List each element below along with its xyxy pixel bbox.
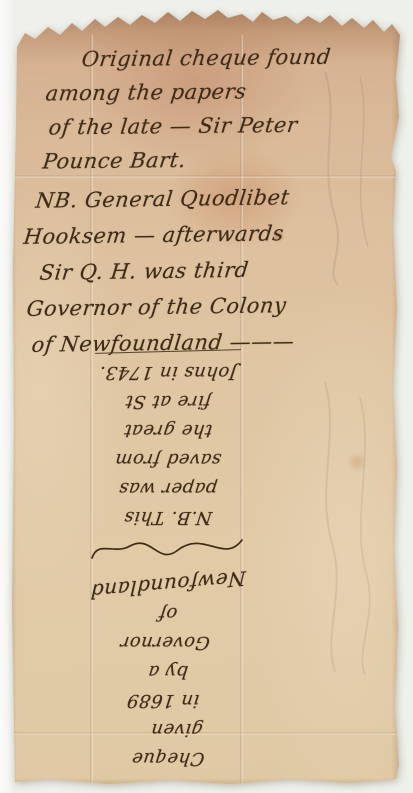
- manuscript-line: of the late — Sir Peter: [47, 108, 333, 145]
- provenance-note: Original cheque found among the papers o…: [38, 41, 331, 177]
- manuscript-line: Original cheque found: [80, 40, 333, 77]
- inverted-note: Cheque given in 1689 by a Governor of Ne…: [84, 345, 252, 773]
- manuscript-line: by a: [82, 657, 254, 686]
- manuscript-paper: Original cheque found among the papers o…: [10, 7, 402, 787]
- manuscript-line: Governor: [82, 628, 248, 657]
- edge-shading-left: [10, 7, 17, 787]
- edge-shading-bottom: [10, 778, 402, 787]
- manuscript-line: Pounce Bart.: [41, 141, 333, 178]
- manuscript-line: NB. General Quodlibet: [34, 179, 296, 219]
- nb-note: NB. General Quodlibet Hooksem — afterwar…: [24, 181, 294, 361]
- manuscript-line: Sir Q. H. was third: [38, 251, 296, 291]
- manuscript-line: among the papers: [44, 74, 333, 111]
- manuscript-line: paper was: [82, 474, 254, 503]
- ink-flourish: [88, 532, 248, 568]
- ink-showthrough-marks: [305, 377, 390, 677]
- manuscript-line: N.B. This: [82, 503, 254, 532]
- manuscript-line: Hooksem — afterwards: [22, 215, 297, 255]
- manuscript-line: saved from: [82, 445, 254, 474]
- manuscript-line: the great: [82, 416, 254, 445]
- manuscript-line: Johns in 1743.: [82, 358, 254, 387]
- scanner-background: Original cheque found among the papers o…: [0, 0, 413, 793]
- manuscript-line: in 1689: [82, 686, 244, 715]
- manuscript-line: given: [100, 715, 254, 744]
- manuscript-line: fire at St: [82, 387, 254, 416]
- manuscript-line: Governor of the Colony: [25, 287, 297, 327]
- ink-rule: [95, 349, 241, 354]
- manuscript-line: Cheque: [82, 744, 254, 773]
- edge-shading-right: [391, 7, 402, 787]
- paper-sheet: Original cheque found among the papers o…: [10, 7, 402, 787]
